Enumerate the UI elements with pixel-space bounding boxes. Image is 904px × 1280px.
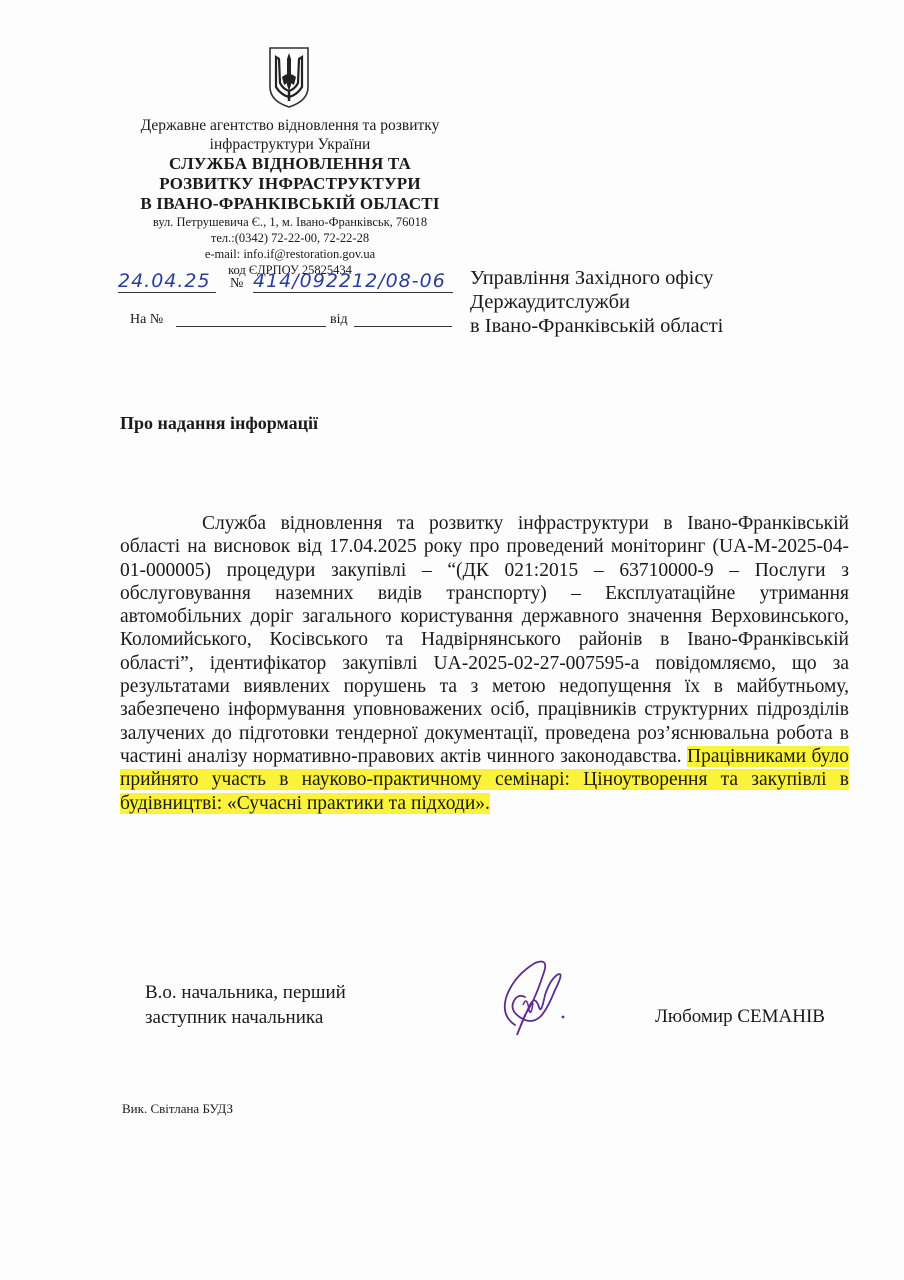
email: e-mail: info.if@restoration.gov.ua [110,246,470,262]
registration-number: 414/092212/08-06 [253,270,453,293]
parent-agency-line: Державне агентство відновлення та розвит… [110,116,470,135]
executor-name: Вик. Світлана БУДЗ [122,1101,233,1117]
recipient-line: Управління Західного офісу [470,266,723,290]
handwritten-signature-icon [495,955,570,1040]
recipient-block: Управління Західного офісу Держаудитслуж… [470,266,723,338]
reference-blank-line [176,326,326,327]
service-name-line: СЛУЖБА ВІДНОВЛЕННЯ ТА [110,154,470,174]
coat-of-arms-icon [267,45,311,109]
recipient-line: Держаудитслужби [470,290,723,314]
number-label: № [230,276,243,292]
signer-title-line: В.о. начальника, перший [145,980,346,1005]
service-name-line: РОЗВИТКУ ІНФРАСТРУКТУРИ [110,174,470,194]
from-label: від [330,312,348,328]
registration-date: 24.04.25 [118,270,216,293]
reference-label: На № [130,312,163,328]
parent-agency-line: інфраструктури України [110,135,470,154]
reference-row: На № від [130,312,452,330]
signer-title: В.о. начальника, перший заступник началь… [145,980,346,1030]
letter-body: Служба відновлення та розвитку інфрастру… [120,512,849,815]
phone: тел.:(0342) 72-22-00, 72-22-28 [110,230,470,246]
body-text: Служба відновлення та розвитку інфрастру… [120,513,849,767]
from-blank-line [354,326,452,327]
letter-page: Державне агентство відновлення та розвит… [0,0,904,1280]
address: вул. Петрушевича Є., 1, м. Івано-Франків… [110,214,470,230]
signer-title-line: заступник начальника [145,1005,346,1030]
subject-heading: Про надання інформації [120,413,318,434]
recipient-line: в Івано-Франківській області [470,314,723,338]
letterhead: Державне агентство відновлення та розвит… [110,116,470,278]
signer-name: Любомир СЕМАНІВ [655,1006,825,1028]
service-name-line: В ІВАНО-ФРАНКІВСЬКІЙ ОБЛАСТІ [110,194,470,214]
